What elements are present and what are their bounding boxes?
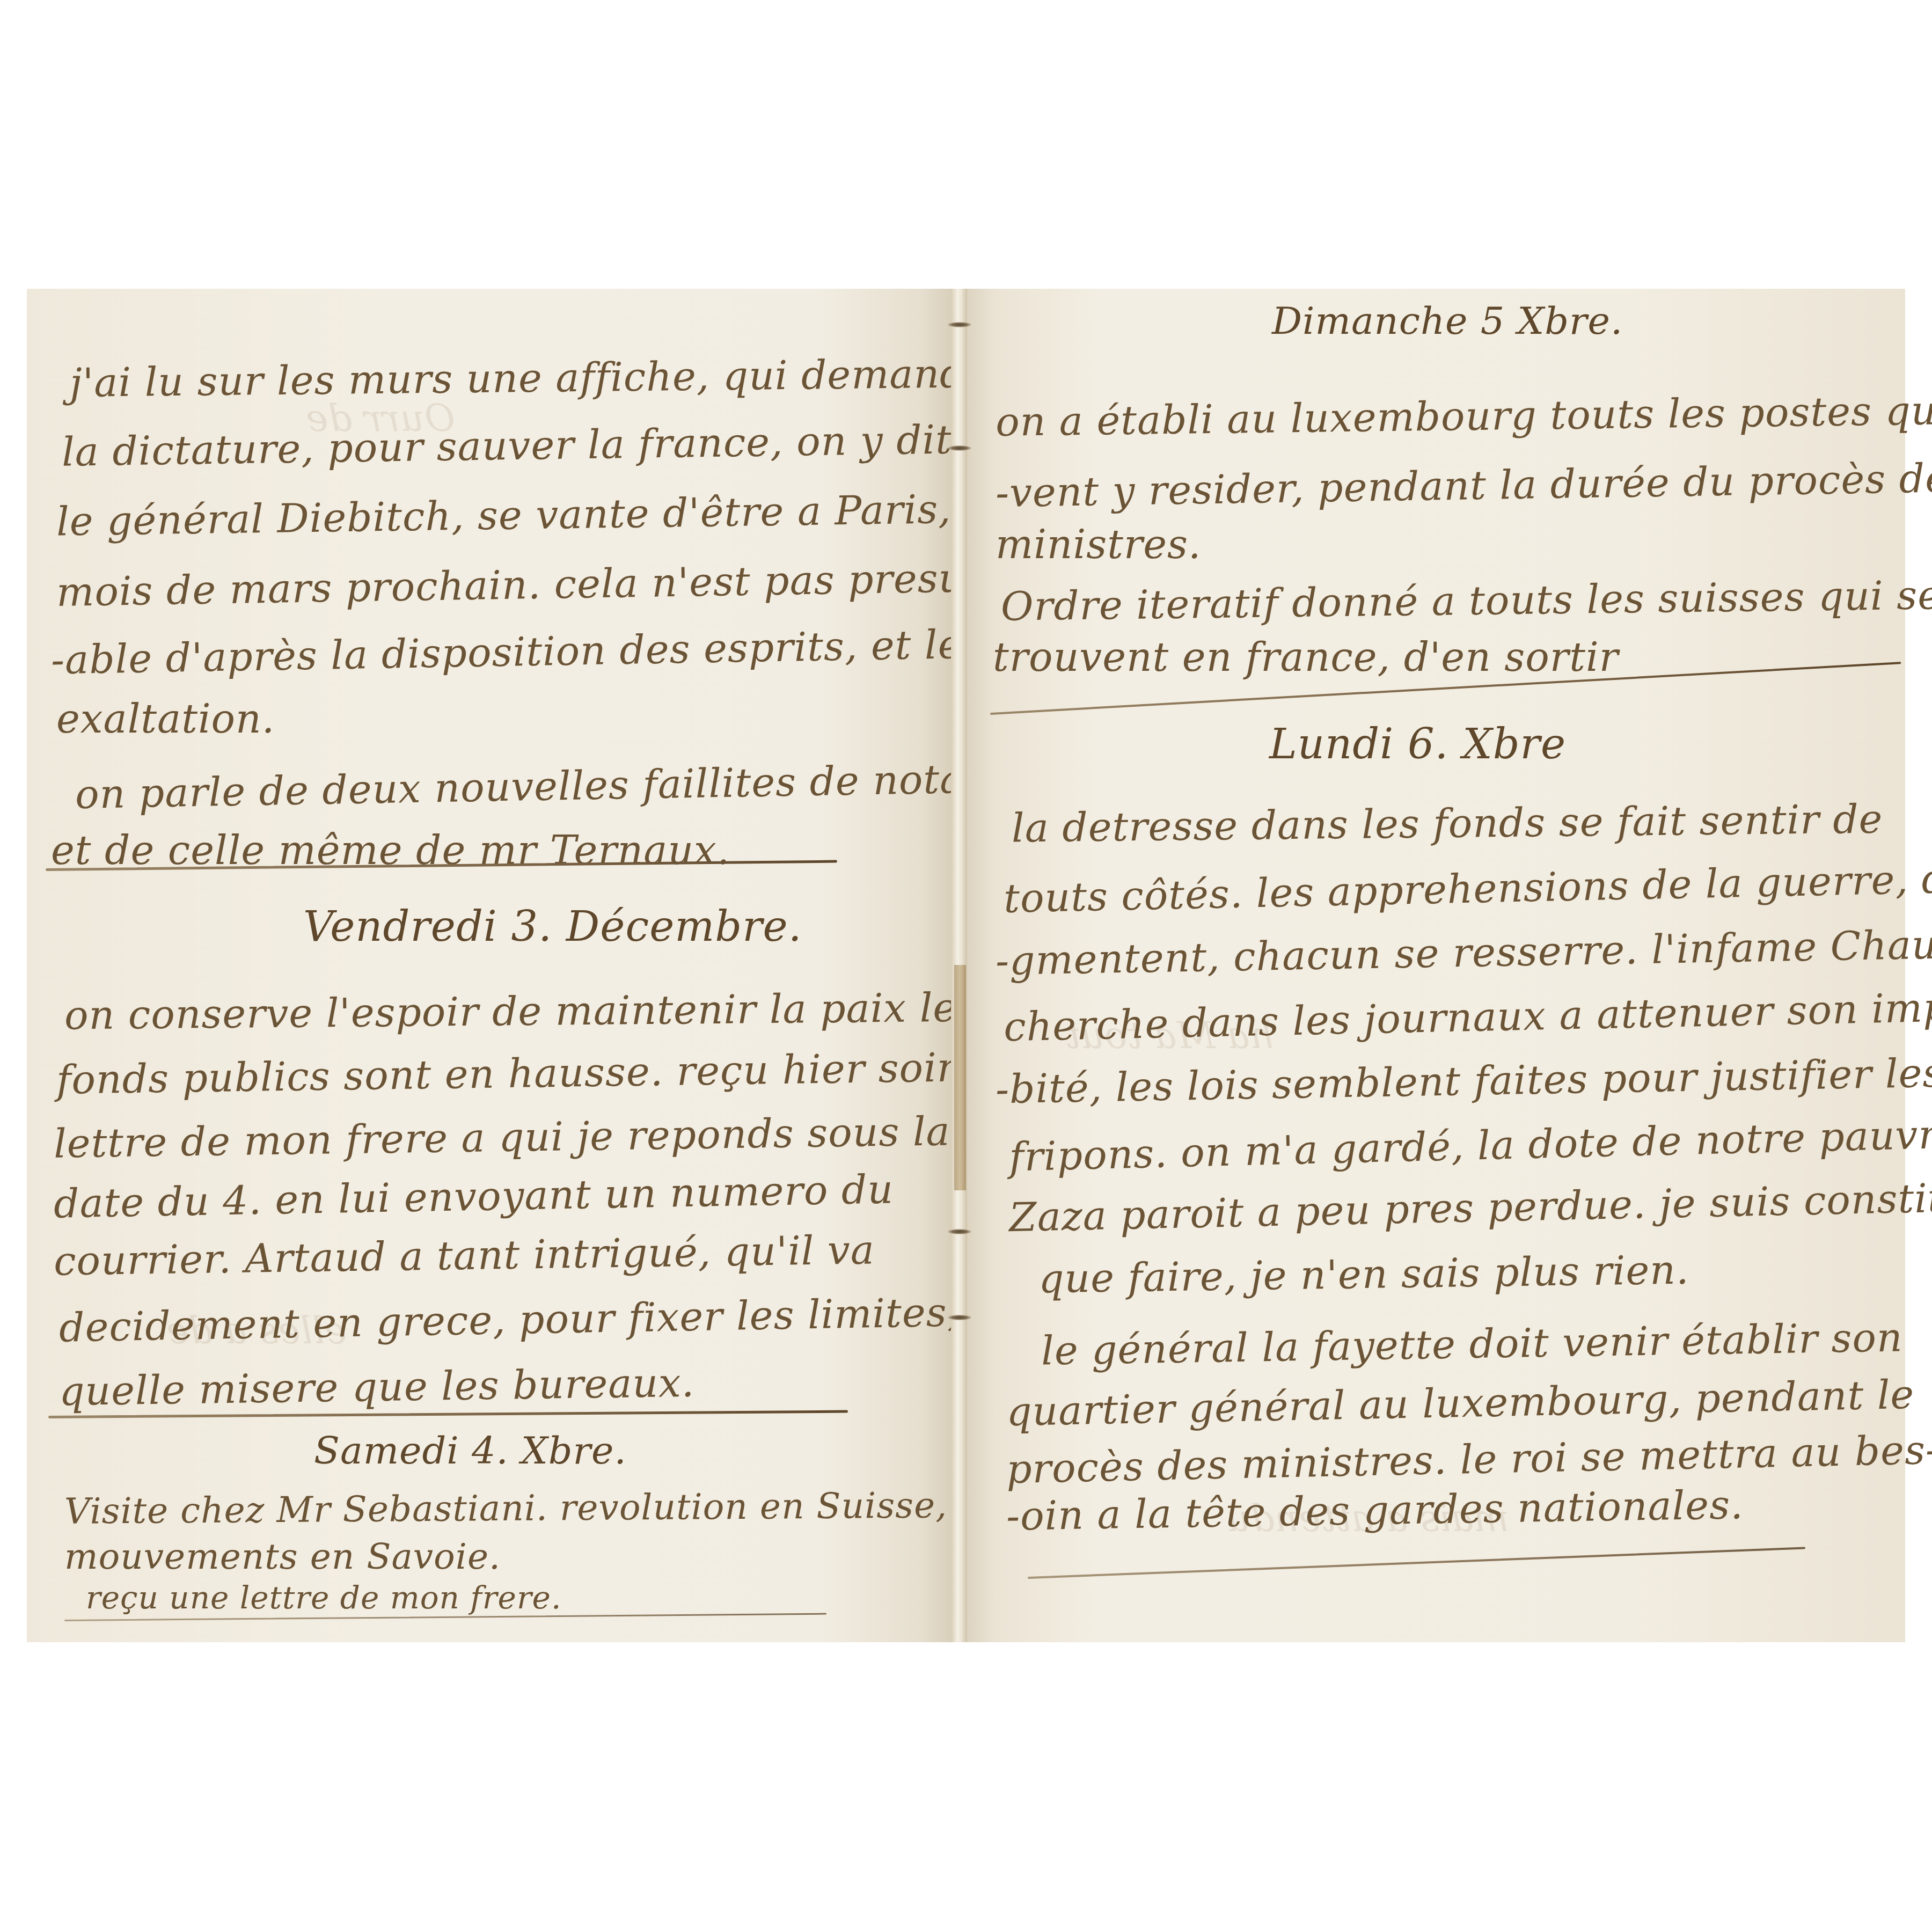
text-line: Zaza paroit a peu pres perdue. je suis c…: [1008, 1177, 1932, 1238]
text-line: courrier. Artaud a tant intrigué, qu'il …: [54, 1230, 875, 1281]
text-line: cherche dans les journaux a attenuer son…: [1003, 987, 1932, 1048]
binding-stitch: [948, 445, 971, 451]
text-line: date du 4. en lui envoyant un numero du: [53, 1169, 894, 1224]
text-line: j'ai lu sur les murs une affiche, qui de…: [70, 354, 990, 403]
text-line: on conserve l'espoir de maintenir la pai…: [64, 988, 978, 1036]
section-divider-rule: [1028, 1547, 1805, 1579]
text-line: la dictature, pour sauver la france, on …: [62, 419, 1042, 472]
text-line: -oin a la tête des gardes nationales.: [1006, 1485, 1744, 1536]
binding-stitch: [948, 1315, 971, 1320]
entry-heading: Dimanche 5 Xbre.: [1272, 302, 1623, 340]
binding-stitch: [948, 322, 971, 327]
text-line: mouvements en Savoie.: [64, 1539, 501, 1575]
text-line: on a établi au luxembourg touts les post…: [996, 390, 1932, 442]
entry-heading: Lundi 6. Xbre: [1269, 723, 1566, 765]
text-line: mois de mars prochain. cela n'est pas pr…: [56, 558, 1017, 612]
text-line: Visite chez Mr Sebastiani. revolution en…: [64, 1488, 948, 1529]
entry-heading: Vendredi 3. Décembre.: [303, 906, 802, 948]
text-line: -vent y resider, pendant la durée du pro…: [996, 458, 1932, 514]
text-line: exaltation.: [56, 699, 275, 739]
text-line: lettre de mon frere a qui je reponds sou…: [54, 1111, 951, 1163]
text-line: fonds publics sont en hausse. reçu hier …: [56, 1046, 1046, 1100]
binding-stitch: [948, 1229, 971, 1234]
entry-heading: Samedi 4. Xbre.: [314, 1432, 627, 1469]
text-line: la detresse dans les fonds se fait senti…: [1012, 800, 1883, 848]
right-page: ha Ma tout mais a attendu Dimanche 5 Xbr…: [958, 289, 1905, 1642]
open-notebook: Ourr de elles a de j'ai lu sur les murs …: [27, 289, 1905, 1642]
text-line: quartier général au luxembourg, pendant …: [1006, 1375, 1914, 1432]
text-line: que faire, je n'en sais plus rien.: [1038, 1250, 1689, 1299]
text-line: procès des ministres. le roi se mettra a…: [1006, 1430, 1932, 1489]
text-line: touts côtés. les apprehensions de la gue…: [1003, 858, 1932, 919]
text-line: Ordre iteratif donné a touts les suisses…: [1001, 575, 1932, 626]
binding-tape: [954, 965, 966, 1190]
text-line: decidement en grece, pour fixer les limi…: [58, 1292, 960, 1348]
text-line: trouvent en france, d'en sortir: [993, 638, 1619, 677]
text-line: quelle misere que les bureaux.: [59, 1363, 695, 1412]
text-line: -bité, les lois semblent faites pour jus…: [995, 1053, 1932, 1110]
text-line: le général Diebitch, se vante d'être a P…: [56, 489, 1015, 542]
text-line: on parle de deux nouvelles faillites de …: [75, 758, 1055, 815]
text-line: -able d'après la disposition des esprits…: [50, 624, 1008, 680]
text-line: fripons. on m'a gardé, la dote de notre …: [1008, 1114, 1932, 1177]
text-line: reçu une lettre de mon frere.: [86, 1582, 561, 1613]
left-page: Ourr de elles a de j'ai lu sur les murs …: [27, 289, 958, 1642]
text-line: -gmentent, chacun se resserre. l'infame …: [995, 924, 1932, 981]
text-line: le général la fayette doit venir établir…: [1041, 1318, 1904, 1371]
text-line: ministres.: [996, 525, 1202, 565]
